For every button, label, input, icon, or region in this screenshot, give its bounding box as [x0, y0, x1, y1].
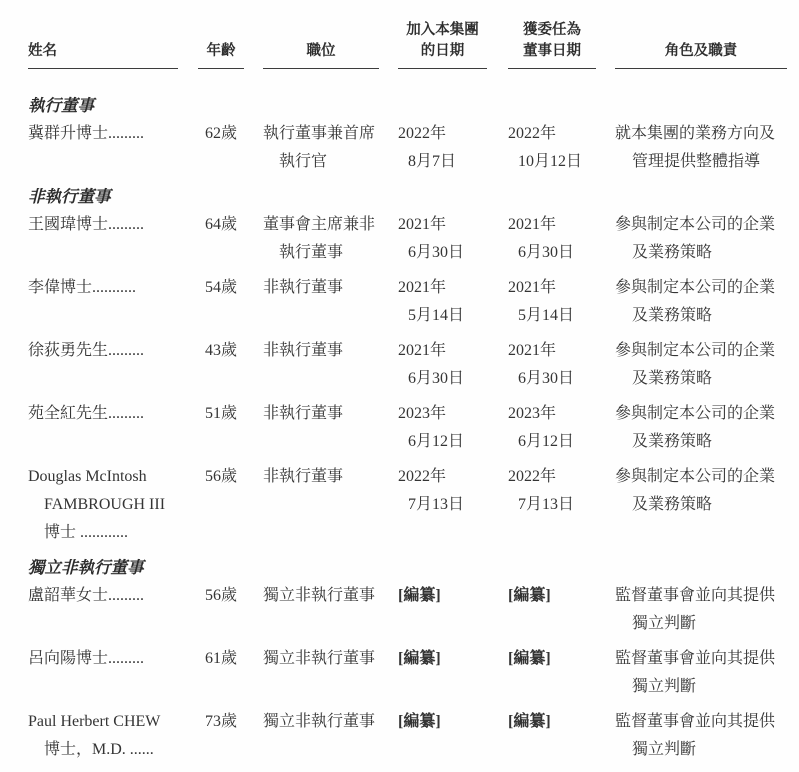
column-header-label: 董事日期 — [508, 41, 596, 62]
cell-line: 獨立判斷 — [615, 610, 787, 638]
cell-join-date: 2021年6月30日 — [398, 337, 487, 393]
cell-appointment-date: 2022年7月13日 — [508, 463, 596, 547]
cell-appointment-date: 2023年6月12日 — [508, 400, 596, 456]
cell-line: 博士 ............ — [28, 519, 178, 547]
directors-table-page: 姓名 年齡 職位 加入本集團 的日期 獲委任為 董事日期 角色及職責 執行董事冀… — [0, 0, 799, 772]
cell-line: 6月30日 — [508, 365, 596, 393]
cell-line: 2021年 — [398, 274, 487, 302]
cell-line: 7月13日 — [398, 491, 487, 519]
cell-age: 56歲 — [198, 463, 244, 547]
table-row: 徐荻勇先生.........43歲非執行董事2021年6月30日2021年6月3… — [0, 337, 799, 393]
cell-line: 及業務策略 — [615, 302, 787, 330]
table-row: Paul Herbert CHEW博士，M.D. ......73歲獨立非執行董… — [0, 708, 799, 764]
cell-join-date: 2022年8月7日 — [398, 120, 487, 176]
cell-line: 及業務策略 — [615, 365, 787, 393]
cell-line: 獨立判斷 — [615, 736, 787, 764]
cell-join-date: [編纂] — [398, 645, 487, 701]
section-title: 執行董事 — [28, 92, 799, 120]
table-row: 苑全紅先生.........51歲非執行董事2023年6月12日2023年6月1… — [0, 400, 799, 456]
cell-appointment-date: 2022年10月12日 — [508, 120, 596, 176]
cell-age: 61歲 — [198, 645, 244, 701]
cell-line: [編纂] — [398, 708, 487, 736]
cell-position: 獨立非執行董事 — [263, 708, 379, 764]
cell-line: 監督董事會並向其提供 — [615, 582, 787, 610]
cell-appointment-date: [編纂] — [508, 645, 596, 701]
cell-line: 及業務策略 — [615, 239, 787, 267]
column-header-label: 年齡 — [198, 41, 244, 62]
cell-line: 參與制定本公司的企業 — [615, 274, 787, 302]
cell-line: 2021年 — [398, 211, 487, 239]
column-header-label: 獲委任為 — [508, 20, 596, 41]
column-header-age: 年齡 — [198, 41, 244, 69]
cell-roles: 參與制定本公司的企業及業務策略 — [615, 274, 787, 330]
cell-line: 獨立非執行董事 — [263, 708, 379, 736]
cell-name: 呂向陽博士......... — [28, 645, 178, 701]
cell-roles: 監督董事會並向其提供獨立判斷 — [615, 582, 787, 638]
cell-age: 43歲 — [198, 337, 244, 393]
cell-line: 2021年 — [508, 211, 596, 239]
cell-age: 54歲 — [198, 274, 244, 330]
cell-line: 非執行董事 — [263, 400, 379, 428]
cell-line: 盧韶華女士......... — [28, 582, 178, 610]
column-header-appointment-date: 獲委任為 董事日期 — [508, 20, 596, 69]
cell-line: 董事會主席兼非 — [263, 211, 379, 239]
cell-line: 獨立判斷 — [615, 673, 787, 701]
cell-position: 董事會主席兼非執行董事 — [263, 211, 379, 267]
cell-line: 參與制定本公司的企業 — [615, 337, 787, 365]
cell-line: 非執行董事 — [263, 463, 379, 491]
cell-line: 徐荻勇先生......... — [28, 337, 178, 365]
cell-position: 獨立非執行董事 — [263, 582, 379, 638]
cell-line: Douglas McIntosh — [28, 463, 178, 491]
cell-line: 參與制定本公司的企業 — [615, 463, 787, 491]
cell-line: 李偉博士........... — [28, 274, 178, 302]
cell-line: 非執行董事 — [263, 337, 379, 365]
cell-position: 執行董事兼首席執行官 — [263, 120, 379, 176]
cell-line: 苑全紅先生......... — [28, 400, 178, 428]
cell-join-date: 2023年6月12日 — [398, 400, 487, 456]
cell-line: [編纂] — [398, 645, 487, 673]
cell-line: 監督董事會並向其提供 — [615, 708, 787, 736]
table-header: 姓名 年齡 職位 加入本集團 的日期 獲委任為 董事日期 角色及職責 — [0, 20, 799, 69]
cell-join-date: [編纂] — [398, 708, 487, 764]
cell-age: 51歲 — [198, 400, 244, 456]
cell-line: 參與制定本公司的企業 — [615, 400, 787, 428]
cell-age: 64歲 — [198, 211, 244, 267]
cell-line: 7月13日 — [508, 491, 596, 519]
cell-line: 非執行董事 — [263, 274, 379, 302]
cell-roles: 參與制定本公司的企業及業務策略 — [615, 211, 787, 267]
cell-line: Paul Herbert CHEW — [28, 708, 178, 736]
table-row: 盧韶華女士.........56歲獨立非執行董事[編纂][編纂]監督董事會並向其… — [0, 582, 799, 638]
cell-appointment-date: 2021年6月30日 — [508, 337, 596, 393]
cell-roles: 參與制定本公司的企業及業務策略 — [615, 400, 787, 456]
cell-name: 徐荻勇先生......... — [28, 337, 178, 393]
cell-line: 2022年 — [508, 120, 596, 148]
cell-line: 10月12日 — [508, 148, 596, 176]
cell-name: 盧韶華女士......... — [28, 582, 178, 638]
cell-position: 非執行董事 — [263, 400, 379, 456]
table-row: 王國瑋博士.........64歲董事會主席兼非執行董事2021年6月30日20… — [0, 211, 799, 267]
cell-line: 2023年 — [398, 400, 487, 428]
cell-line: FAMBROUGH III — [28, 491, 178, 519]
cell-line: [編纂] — [508, 582, 596, 610]
cell-line: 獨立非執行董事 — [263, 582, 379, 610]
cell-roles: 監督董事會並向其提供獨立判斷 — [615, 708, 787, 764]
cell-line: [編纂] — [508, 708, 596, 736]
cell-name: 李偉博士........... — [28, 274, 178, 330]
table-row: Douglas McIntoshFAMBROUGH III博士 ........… — [0, 463, 799, 547]
cell-line: 王國瑋博士......... — [28, 211, 178, 239]
cell-line: 6月12日 — [398, 428, 487, 456]
cell-join-date: 2021年6月30日 — [398, 211, 487, 267]
cell-roles: 監督董事會並向其提供獨立判斷 — [615, 645, 787, 701]
cell-line: 管理提供整體指導 — [615, 148, 787, 176]
cell-line: 執行董事 — [263, 239, 379, 267]
cell-line: 6月30日 — [398, 239, 487, 267]
cell-age: 56歲 — [198, 582, 244, 638]
cell-line: 監督董事會並向其提供 — [615, 645, 787, 673]
cell-line: 2021年 — [508, 337, 596, 365]
cell-name: 冀群升博士......... — [28, 120, 178, 176]
cell-line: 執行官 — [263, 148, 379, 176]
section-title: 獨立非執行董事 — [28, 554, 799, 582]
cell-name: Paul Herbert CHEW博士，M.D. ...... — [28, 708, 178, 764]
cell-name: 苑全紅先生......... — [28, 400, 178, 456]
cell-line: 及業務策略 — [615, 428, 787, 456]
cell-line: 6月12日 — [508, 428, 596, 456]
cell-line: 2021年 — [508, 274, 596, 302]
cell-line: 6月30日 — [508, 239, 596, 267]
column-header-roles: 角色及職責 — [615, 41, 787, 69]
column-header-label: 職位 — [263, 41, 379, 62]
cell-line: 6月30日 — [398, 365, 487, 393]
cell-roles: 參與制定本公司的企業及業務策略 — [615, 463, 787, 547]
cell-line: 獨立非執行董事 — [263, 645, 379, 673]
cell-appointment-date: [編纂] — [508, 582, 596, 638]
column-header-label: 姓名 — [28, 41, 178, 62]
table-row: 李偉博士...........54歲非執行董事2021年5月14日2021年5月… — [0, 274, 799, 330]
cell-appointment-date: 2021年6月30日 — [508, 211, 596, 267]
cell-line: 及業務策略 — [615, 491, 787, 519]
cell-line: 5月14日 — [398, 302, 487, 330]
column-header-label: 角色及職責 — [615, 41, 787, 62]
cell-roles: 參與制定本公司的企業及業務策略 — [615, 337, 787, 393]
section-title: 非執行董事 — [28, 183, 799, 211]
column-header-position: 職位 — [263, 41, 379, 69]
column-header-name: 姓名 — [28, 41, 178, 69]
cell-line: 冀群升博士......... — [28, 120, 178, 148]
cell-line: 5月14日 — [508, 302, 596, 330]
cell-age: 62歲 — [198, 120, 244, 176]
cell-line: 2022年 — [398, 463, 487, 491]
cell-name: 王國瑋博士......... — [28, 211, 178, 267]
cell-position: 獨立非執行董事 — [263, 645, 379, 701]
cell-appointment-date: [編纂] — [508, 708, 596, 764]
cell-join-date: 2022年7月13日 — [398, 463, 487, 547]
table-row: 呂向陽博士.........61歲獨立非執行董事[編纂][編纂]監督董事會並向其… — [0, 645, 799, 701]
table-row: 冀群升博士.........62歲執行董事兼首席執行官2022年8月7日2022… — [0, 120, 799, 176]
cell-position: 非執行董事 — [263, 337, 379, 393]
cell-line: 就本集團的業務方向及 — [615, 120, 787, 148]
cell-line: 參與制定本公司的企業 — [615, 211, 787, 239]
column-header-join-date: 加入本集團 的日期 — [398, 20, 487, 69]
cell-join-date: [編纂] — [398, 582, 487, 638]
cell-join-date: 2021年5月14日 — [398, 274, 487, 330]
cell-line: 博士，M.D. ...... — [28, 736, 178, 764]
cell-line: 執行董事兼首席 — [263, 120, 379, 148]
cell-position: 非執行董事 — [263, 274, 379, 330]
cell-line: 呂向陽博士......... — [28, 645, 178, 673]
cell-roles: 就本集團的業務方向及管理提供整體指導 — [615, 120, 787, 176]
cell-line: 2022年 — [508, 463, 596, 491]
cell-appointment-date: 2021年5月14日 — [508, 274, 596, 330]
cell-name: Douglas McIntoshFAMBROUGH III博士 ........… — [28, 463, 178, 547]
cell-age: 73歲 — [198, 708, 244, 764]
table-body: 執行董事冀群升博士.........62歲執行董事兼首席執行官2022年8月7日… — [0, 92, 799, 764]
cell-line: 2022年 — [398, 120, 487, 148]
cell-line: 2021年 — [398, 337, 487, 365]
cell-position: 非執行董事 — [263, 463, 379, 547]
cell-line: 8月7日 — [398, 148, 487, 176]
cell-line: [編纂] — [508, 645, 596, 673]
cell-line: 2023年 — [508, 400, 596, 428]
column-header-label: 加入本集團 — [398, 20, 487, 41]
cell-line: [編纂] — [398, 582, 487, 610]
column-header-label: 的日期 — [398, 41, 487, 62]
